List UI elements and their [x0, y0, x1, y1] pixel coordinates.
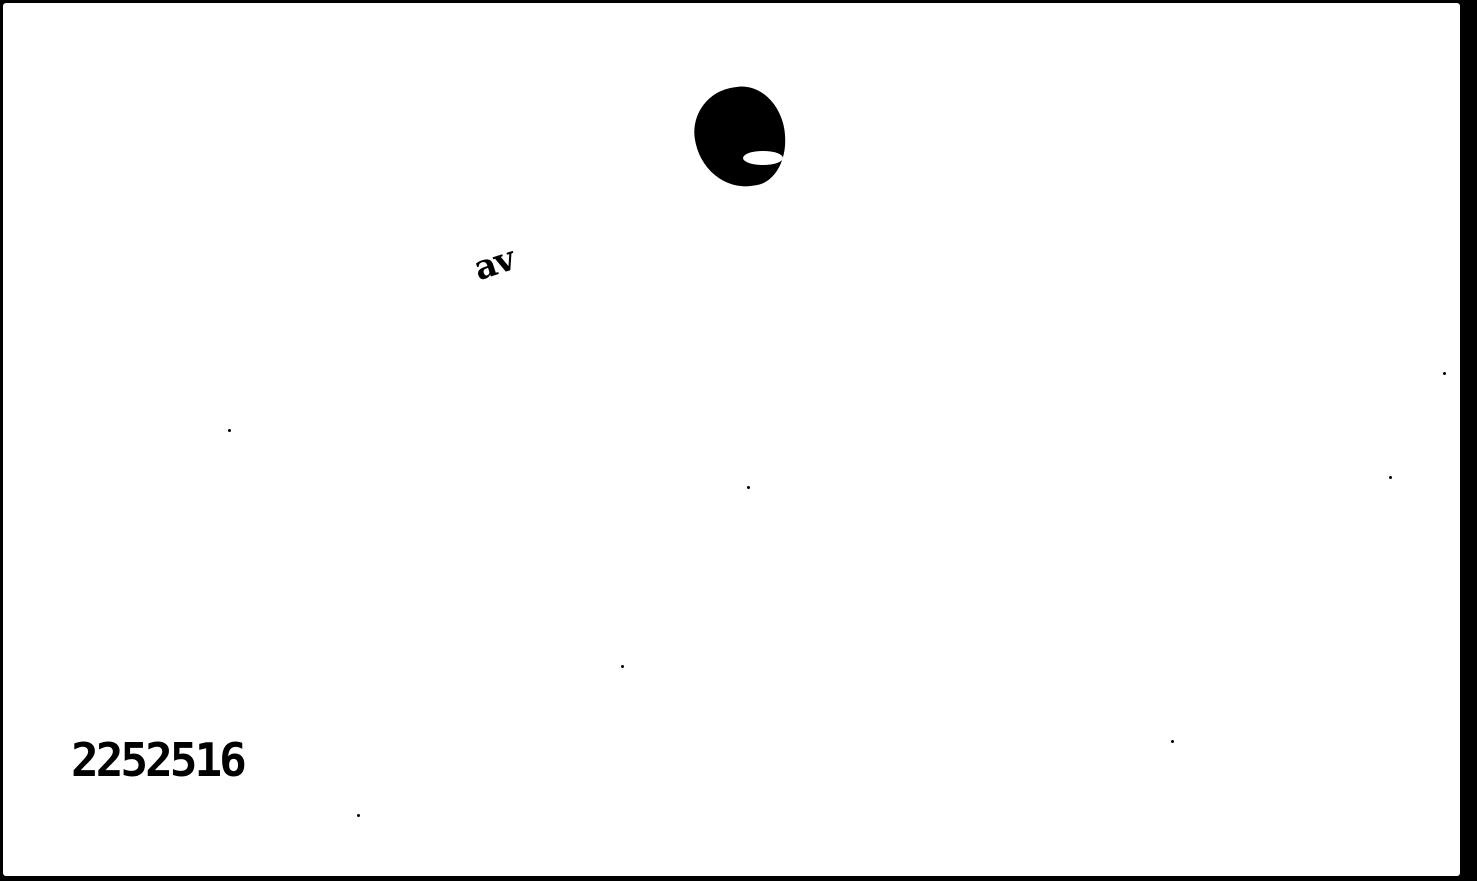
- punch-hole-notch: [743, 151, 783, 165]
- speck: [747, 486, 750, 489]
- punch-hole: [688, 81, 791, 193]
- speck: [621, 665, 624, 668]
- handwritten-annotation: av: [469, 239, 519, 289]
- speck: [1443, 372, 1446, 375]
- scanned-card: av 2252516: [3, 3, 1460, 876]
- speck: [1389, 476, 1392, 479]
- speck: [228, 429, 231, 432]
- card-number: 2252516: [71, 733, 244, 787]
- speck: [357, 814, 360, 817]
- speck: [1171, 740, 1174, 743]
